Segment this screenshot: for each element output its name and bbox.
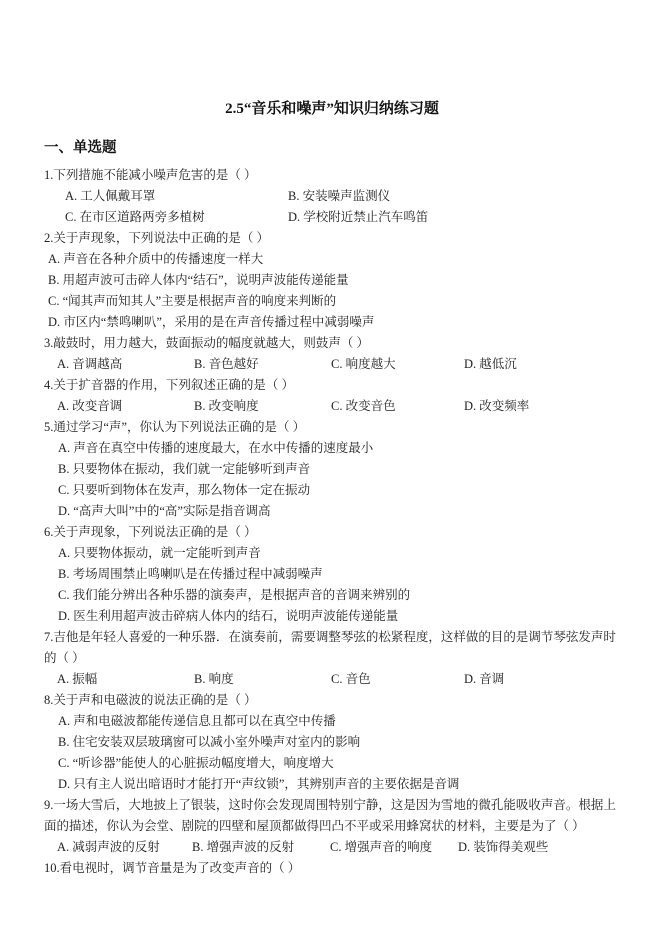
question-list: 1.下列措施不能减小噪声危害的是（ ） A. 工人佩戴耳罩 B. 安装噪声监测仪… <box>44 165 620 879</box>
question-options: A. 振幅 B. 响度 C. 音色 D. 音调 <box>57 669 620 690</box>
option-c: C. 我们能分辨出各种乐器的演奏声，是根据声音的音调来辨别的 <box>58 585 620 606</box>
option-c: C. 在市区道路两旁多植树 <box>65 207 288 228</box>
option-d: D. 装饰得美观些 <box>458 837 620 858</box>
option-b: B. 增强声波的反射 <box>192 837 330 858</box>
option-b: B. 音色越好 <box>194 354 331 375</box>
option-d: D. 音调 <box>464 669 620 690</box>
option-b: B. 只要物体在振动，我们就一定能够听到声音 <box>58 459 620 480</box>
option-d: D. “高声大叫”中的“高”实际是指音调高 <box>58 501 620 522</box>
question-4: 4.关于扩音器的作用，下列叙述正确的是（ ） A. 改变音调 B. 改变响度 C… <box>44 375 620 417</box>
option-d: D. 改变频率 <box>464 396 620 417</box>
question-6: 6.关于声现象，下列说法正确的是（ ） A. 只要物体振动，就一定能听到声音 B… <box>44 522 620 627</box>
option-d: D. 只有主人说出暗语时才能打开“声纹锁”，其辨别声音的主要依据是音调 <box>58 774 620 795</box>
option-c: C. “闻其声而知其人”主要是根据声音的响度来判断的 <box>48 291 620 312</box>
option-a: A. 声音在真空中传播的速度最大，在水中传播的速度最小 <box>58 438 620 459</box>
option-b: B. 响度 <box>194 669 331 690</box>
question-stem: 8.关于声和电磁波的说法正确的是（ ） <box>44 690 620 711</box>
option-c: C. 增强声音的响度 <box>330 837 458 858</box>
option-c: C. 音色 <box>331 669 464 690</box>
option-c: C. 响度越大 <box>331 354 464 375</box>
question-3: 3.敲鼓时，用力越大，鼓面振动的幅度就越大，则鼓声（ ） A. 音调越高 B. … <box>44 333 620 375</box>
option-b: B. 安装噪声监测仪 <box>288 186 620 207</box>
option-d: D. 医生利用超声波击碎病人体内的结石，说明声波能传递能量 <box>58 606 620 627</box>
question-8: 8.关于声和电磁波的说法正确的是（ ） A. 声和电磁波都能传递信息且都可以在真… <box>44 690 620 795</box>
option-a: A. 改变音调 <box>57 396 194 417</box>
question-stem: 7.吉他是年轻人喜爱的一种乐器．在演奏前，需要调整琴弦的松紧程度，这样做的目的是… <box>44 627 620 669</box>
option-c: C. 只要听到物体在发声，那么物体一定在振动 <box>58 480 620 501</box>
section-heading: 一、单选题 <box>44 137 620 159</box>
question-stem: 4.关于扩音器的作用，下列叙述正确的是（ ） <box>44 375 620 396</box>
option-a: A. 振幅 <box>57 669 194 690</box>
question-stem: 5.通过学习“声”，你认为下列说法正确的是（ ） <box>44 417 620 438</box>
question-options: A. 工人佩戴耳罩 B. 安装噪声监测仪 C. 在市区道路两旁多植树 D. 学校… <box>65 186 620 228</box>
question-stem: 1.下列措施不能减小噪声危害的是（ ） <box>44 165 620 186</box>
option-d: D. 学校附近禁止汽车鸣笛 <box>288 207 620 228</box>
question-stem: 9.一场大雪后，大地披上了银装，这时你会发现周围特别宁静，这是因为雪地的微孔能吸… <box>44 795 620 837</box>
question-options: A. 减弱声波的反射 B. 增强声波的反射 C. 增强声音的响度 D. 装饰得美… <box>57 837 620 858</box>
option-a: A. 音调越高 <box>57 354 194 375</box>
question-stem: 10.看电视时，调节音量是为了改变声音的（ ） <box>44 858 620 879</box>
question-7: 7.吉他是年轻人喜爱的一种乐器．在演奏前，需要调整琴弦的松紧程度，这样做的目的是… <box>44 627 620 690</box>
question-2: 2.关于声现象，下列说法中正确的是（ ） A. 声音在各种介质中的传播速度一样大… <box>44 228 620 333</box>
question-options: A. 只要物体振动，就一定能听到声音 B. 考场周围禁止鸣喇叭是在传播过程中减弱… <box>58 543 620 627</box>
question-options: A. 音调越高 B. 音色越好 C. 响度越大 D. 越低沉 <box>57 354 620 375</box>
option-b: B. 考场周围禁止鸣喇叭是在传播过程中减弱噪声 <box>58 564 620 585</box>
page-title: 2.5“音乐和噪声”知识归纳练习题 <box>44 97 620 122</box>
question-options: A. 声音在真空中传播的速度最大，在水中传播的速度最小 B. 只要物体在振动，我… <box>58 438 620 522</box>
option-c: C. 改变音色 <box>331 396 464 417</box>
question-stem: 6.关于声现象，下列说法正确的是（ ） <box>44 522 620 543</box>
question-stem: 2.关于声现象，下列说法中正确的是（ ） <box>44 228 620 249</box>
question-stem: 3.敲鼓时，用力越大，鼓面振动的幅度就越大，则鼓声（ ） <box>44 333 620 354</box>
option-d: D. 越低沉 <box>464 354 620 375</box>
option-b: B. 改变响度 <box>194 396 331 417</box>
option-b: B. 用超声波可击碎人体内“结石”，说明声波能传递能量 <box>48 270 620 291</box>
question-9: 9.一场大雪后，大地披上了银装，这时你会发现周围特别宁静，这是因为雪地的微孔能吸… <box>44 795 620 858</box>
option-b: B. 住宅安装双层玻璃窗可以减小室外噪声对室内的影响 <box>58 732 620 753</box>
option-d: D. 市区内“禁鸣喇叭”，采用的是在声音传播过程中减弱噪声 <box>48 312 620 333</box>
question-5: 5.通过学习“声”，你认为下列说法正确的是（ ） A. 声音在真空中传播的速度最… <box>44 417 620 522</box>
question-options: A. 声音在各种介质中的传播速度一样大 B. 用超声波可击碎人体内“结石”，说明… <box>48 249 620 333</box>
question-options: A. 声和电磁波都能传递信息且都可以在真空中传播 B. 住宅安装双层玻璃窗可以减… <box>58 711 620 795</box>
option-c: C. “听诊器”能使人的心脏振动幅度增大，响度增大 <box>58 753 620 774</box>
question-1: 1.下列措施不能减小噪声危害的是（ ） A. 工人佩戴耳罩 B. 安装噪声监测仪… <box>44 165 620 228</box>
option-a: A. 减弱声波的反射 <box>57 837 192 858</box>
option-a: A. 工人佩戴耳罩 <box>65 186 288 207</box>
question-options: A. 改变音调 B. 改变响度 C. 改变音色 D. 改变频率 <box>57 396 620 417</box>
option-a: A. 声音在各种介质中的传播速度一样大 <box>48 249 620 270</box>
question-10: 10.看电视时，调节音量是为了改变声音的（ ） <box>44 858 620 879</box>
worksheet-page: 2.5“音乐和噪声”知识归纳练习题 一、单选题 1.下列措施不能减小噪声危害的是… <box>0 0 661 879</box>
option-a: A. 声和电磁波都能传递信息且都可以在真空中传播 <box>58 711 620 732</box>
option-a: A. 只要物体振动，就一定能听到声音 <box>58 543 620 564</box>
